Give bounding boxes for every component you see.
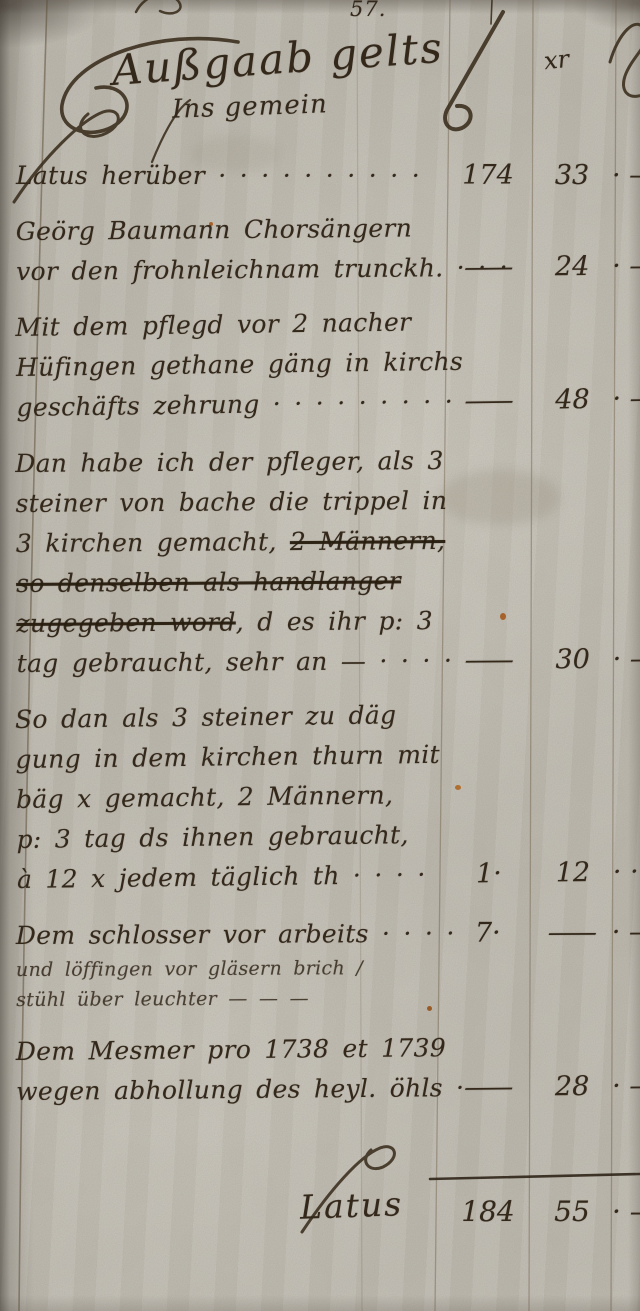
florin-symbol-tick [491,0,492,24]
manuscript-page: { "page": { "number": "57.", "title": "A… [0,0,640,1311]
amount-heller: · — [613,640,640,680]
amount-kreuzer: — [532,913,612,953]
amount-kreuzer: 33 [532,156,612,196]
entry-text: steiner von bache die trippel in [15,486,447,518]
ledger-entry: Dem schlosser vor arbeits · · · ·und löf… [16,913,625,1016]
florin-symbol [445,12,503,129]
amount-florin: 7· [448,913,528,953]
entry-amounts: —48· — [16,380,624,428]
amount-heller: · — [612,913,640,953]
amount-florin: — [448,1068,528,1109]
page-subtitle: Ins gemein [172,89,329,124]
amount-heller: · — [612,1066,640,1106]
entry-text: stühl über leuchter — — — [16,987,309,1011]
amount-kreuzer: 48 [532,380,613,421]
entry-line: Geörg Baumann Chorsängern [16,207,624,252]
ledger-entry: Dan habe ich der pfleger, als 3steiner v… [15,440,625,684]
long-dash: — [462,1068,514,1108]
amount-heller: · — [612,379,640,420]
heller-symbol [610,24,640,96]
entry-line: Dan habe ich der pfleger, als 3 [15,440,623,484]
entry-text: Mit dem pflegd vor 2 nacher [15,307,411,342]
entry-text: Hüfingen gethane gäng in kirchs [16,347,463,382]
footer-heller-total: · — [612,1192,640,1232]
entry-line: zugegeben word, d es ihr p: 3 [16,600,624,644]
ledger-entry: Dem Mesmer pro 1738 et 1739wegen abhollu… [16,1027,625,1112]
entry-text: Dan habe ich der pfleger, als 3 [15,446,444,478]
entry-line: Dem Mesmer pro 1738 et 1739 [16,1027,624,1072]
ledger-entry: Mit dem pflegd vor 2 nacherHüfingen geth… [15,300,625,428]
entry-amounts: 17433· — [16,156,624,196]
kreuzer-column-header: xr [543,45,571,75]
entry-text: Geörg Baumann Chorsängern [16,214,413,246]
struck-text: 2 Männern, [290,526,446,556]
entry-text: 3 kirchen gemacht, [16,527,290,558]
struck-text: zugegeben word [16,607,236,638]
struck-text: so denselben als handlanger [16,566,401,598]
amount-kreuzer: 30 [533,640,613,681]
footer-florin-total: 184 [448,1192,528,1232]
entry-text: p: 3 tag ds ihnen gebraucht, [16,820,409,854]
entry-text: So dan als 3 steiner zu däg [15,700,397,734]
entry-text: , d es ihr p: 3 [236,606,433,636]
amount-heller: · · [613,852,640,893]
amount-florin: — [449,640,529,681]
entry-text: Dem Mesmer pro 1738 et 1739 [16,1033,446,1066]
amount-florin: — [448,381,529,422]
ledger-entry: So dan als 3 steiner zu däggung in dem k… [15,693,625,900]
amount-kreuzer: 24 [532,247,612,288]
entry-text: bäg x gemacht, 2 Männern, [16,780,394,814]
amount-heller: · — [612,156,640,196]
entry-line: steiner von bache die trippel in [15,480,623,524]
long-dash: — [463,381,515,422]
entry-amounts: 1·12· · [17,853,625,900]
page-title: Außgaab gelts [110,23,445,95]
entry-amounts: 7·—· — [16,913,624,956]
ledger-entries: Latus herüber · · · · · · · · · ·17433· … [16,156,624,1112]
footer-kreuzer-total: 55 [532,1192,612,1232]
entry-amounts: —30· — [17,640,625,684]
entry-line: und löffingen vor gläsern brich / [16,953,624,986]
ledger-entry: Geörg Baumann Chorsängernvor den frohnle… [16,207,625,292]
sum-line [430,1174,640,1179]
entry-line: 3 kirchen gemacht, 2 Männern, [16,520,624,564]
entry-line: stühl über leuchter — — — [16,983,624,1016]
entry-amounts: —28· — [16,1067,624,1112]
amount-florin: — [448,248,528,289]
amount-kreuzer: 28 [532,1067,612,1108]
entry-amounts: —24· — [16,247,624,292]
amount-florin: 1· [449,854,529,895]
footer-amounts: 184 55 · — [16,1192,624,1232]
long-dash: — [546,913,598,953]
amount-kreuzer: 12 [533,853,613,894]
amount-florin: 174 [448,156,528,196]
entry-text: gung in dem kirchen thurn mit [15,740,440,774]
long-dash: — [463,641,515,681]
entry-text: und löffingen vor gläsern brich / [16,957,363,981]
page-number: 57. [350,0,386,21]
top-cut-flourish [136,0,181,13]
amount-heller: · — [612,246,640,286]
long-dash: — [462,248,514,288]
ledger-entry: Latus herüber · · · · · · · · · ·17433· … [16,156,624,196]
entry-line: so denselben als handlanger [16,560,624,604]
